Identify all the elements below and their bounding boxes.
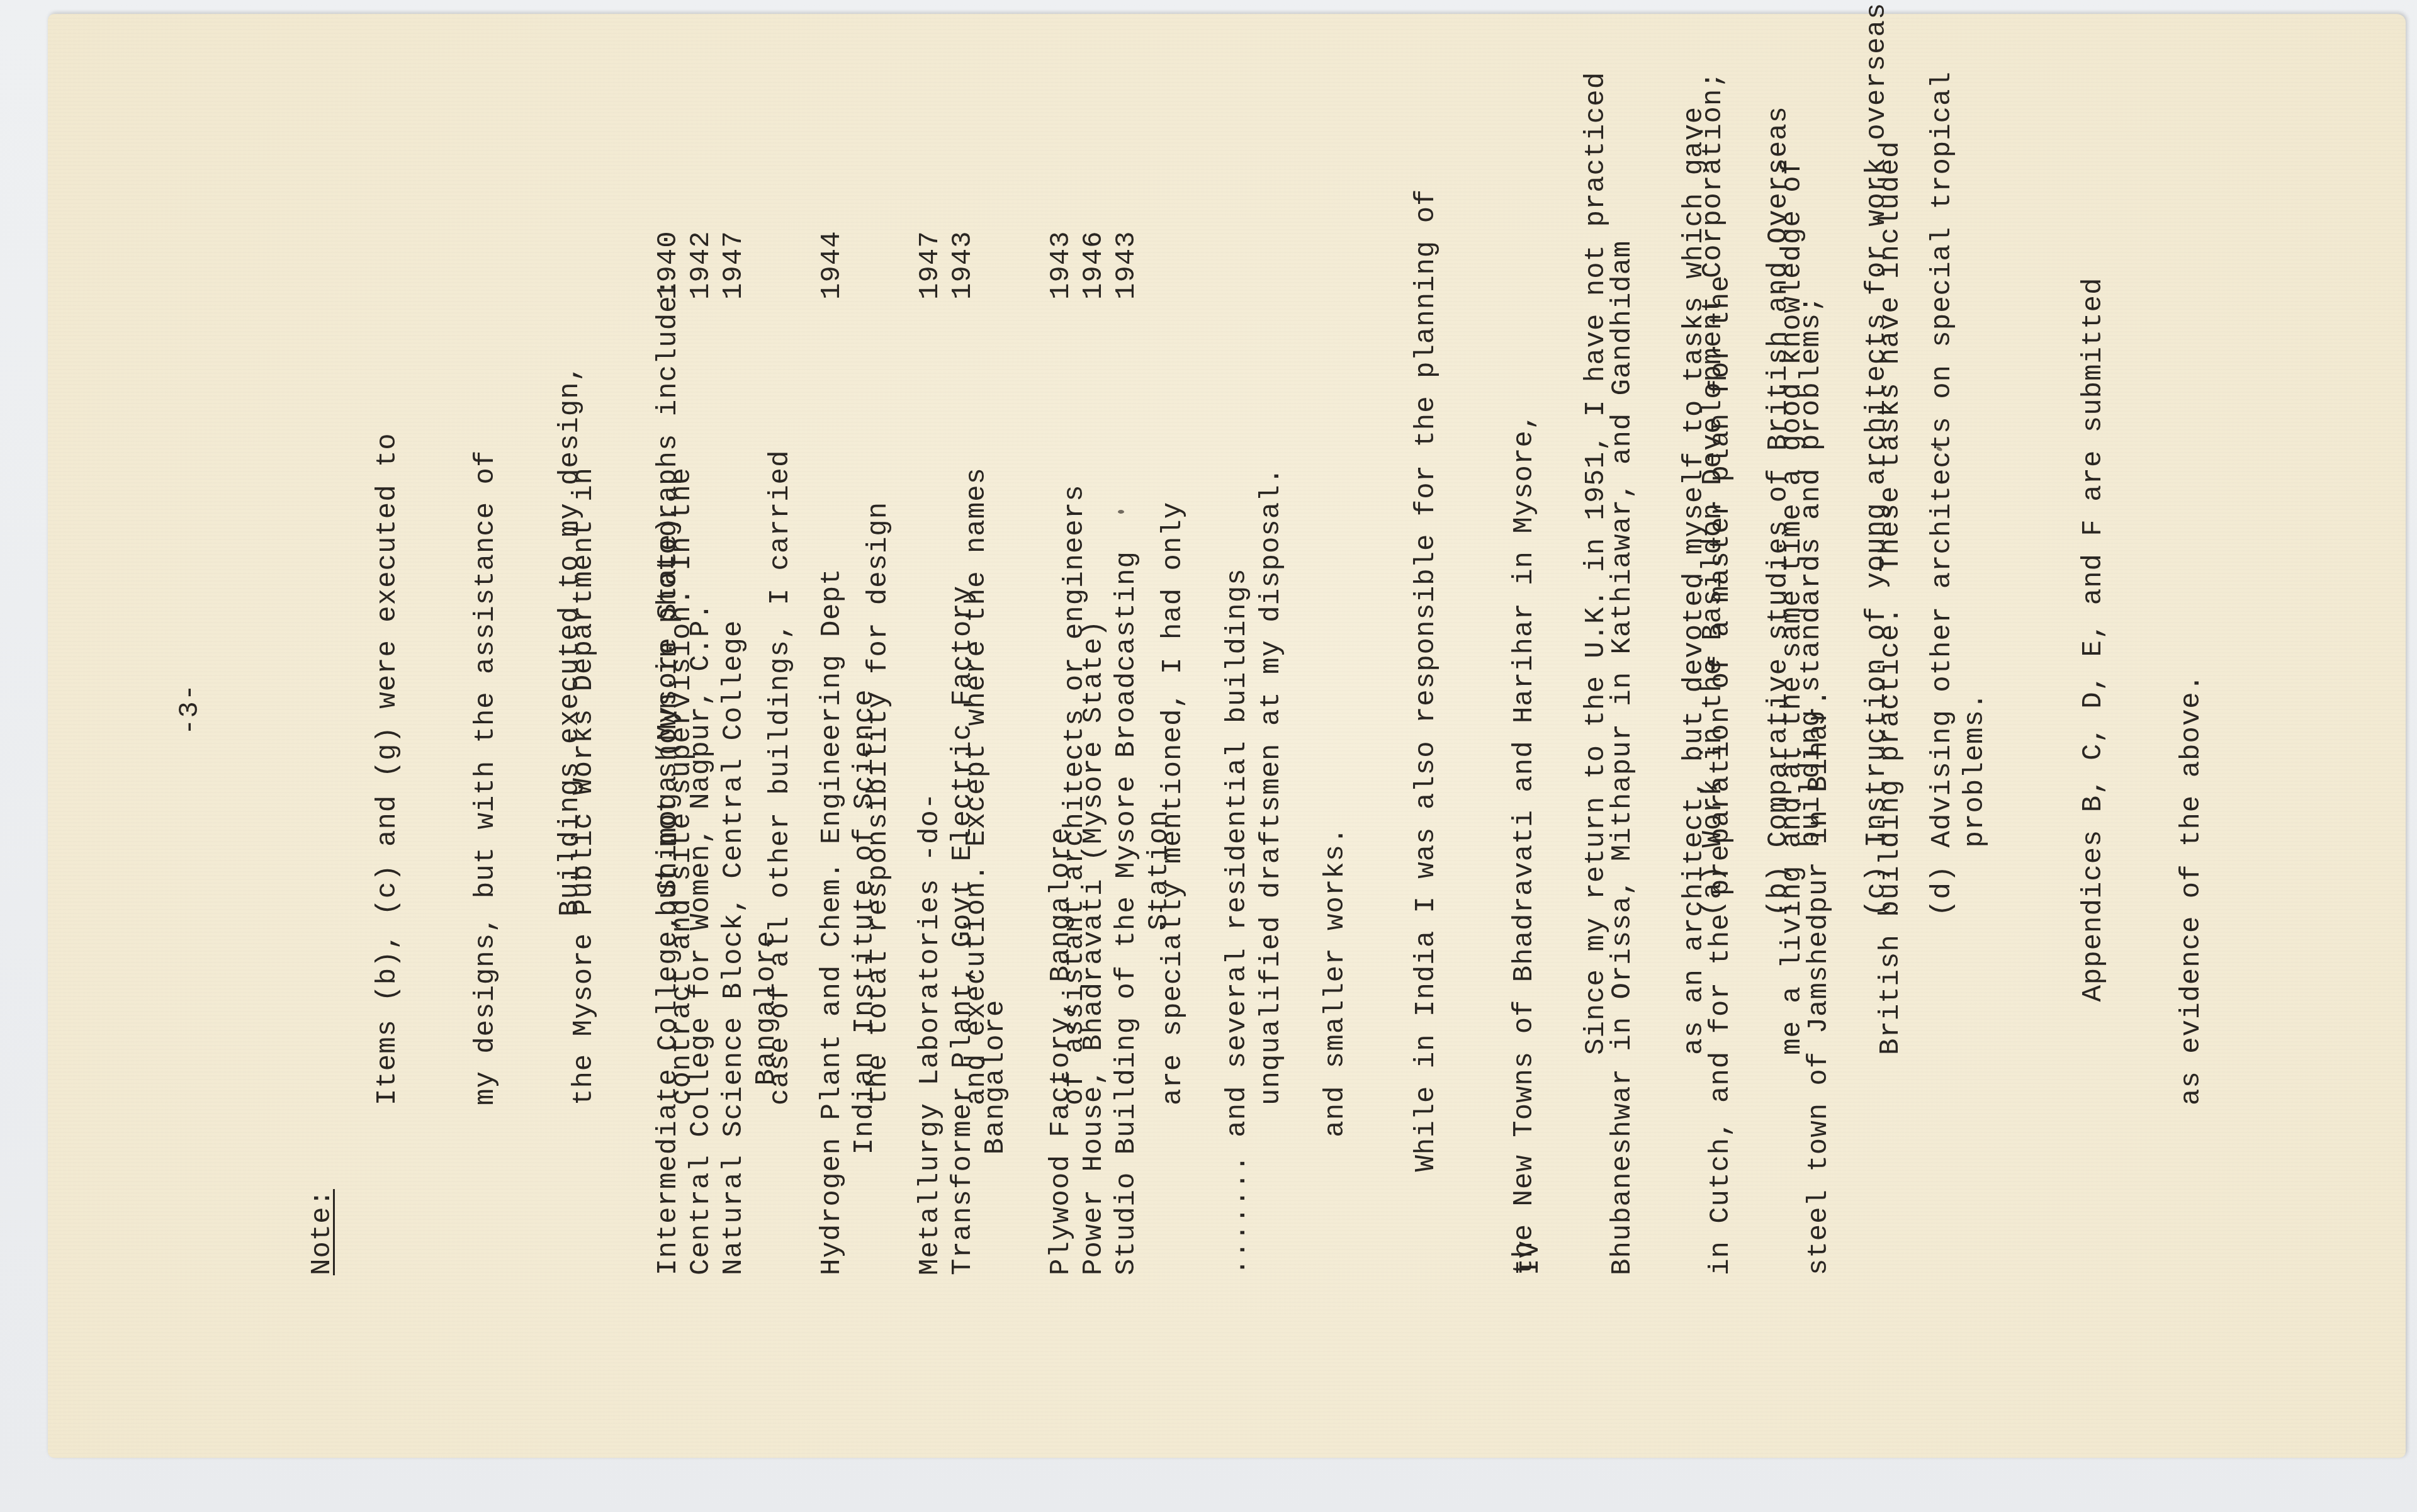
building-year: 1943 xyxy=(947,230,979,300)
building-row: Natural Science Block, Central College19… xyxy=(718,142,750,1275)
note-line: Items (b), (c) and (g) were executed to xyxy=(371,432,404,1105)
buildings-list: Intermediate College, Shimoga (Mysore St… xyxy=(652,142,1176,1275)
building-name: Bangalore xyxy=(750,930,783,1275)
building-year: 1947 xyxy=(914,230,947,300)
building-name: Plywood Factory, Bangalore xyxy=(1045,827,1078,1275)
building-row: Intermediate College, Shimoga (Mysore St… xyxy=(652,142,685,1275)
section-numeral: IV xyxy=(1514,1241,1547,1275)
building-row: Plywood Factory, Bangalore1943 xyxy=(1045,142,1078,1275)
building-row: Indian Institute of Science xyxy=(848,142,881,1275)
building-year: 1943 xyxy=(1045,230,1078,300)
page-number: -3- xyxy=(174,684,206,735)
building-name: Natural Science Block, Central College xyxy=(718,620,750,1275)
building-name: Studio Building of the Mysore Broadcasti… xyxy=(1110,551,1143,1275)
building-row: Bangalore xyxy=(750,142,783,1275)
building-name: Indian Institute of Science xyxy=(848,689,881,1275)
building-name: Transformer Plant, Govt Electric Factory xyxy=(947,585,979,1275)
ink-speck xyxy=(1118,510,1124,514)
building-name: Power House, Bhadravati (Mysore State) xyxy=(1078,620,1110,1275)
page-content: -3- Note: Items (b), (c) and (g) were ex… xyxy=(48,14,2406,1458)
list-spacer xyxy=(881,142,914,1275)
typed-page: -3- Note: Items (b), (c) and (g) were ex… xyxy=(48,14,2406,1458)
building-year: 1943 xyxy=(1110,230,1143,300)
task-item-line: problems. xyxy=(1959,0,1992,917)
building-row: Power House, Bhadravati (Mysore State)19… xyxy=(1078,142,1110,1275)
building-row: Studio Building of the Mysore Broadcasti… xyxy=(1110,142,1143,1275)
building-name: Metallurgy Laboratories -do- xyxy=(914,793,947,1275)
appendices-note: Appendices B, C, D, E, and F are submitt… xyxy=(2012,278,2273,1105)
building-year: 1947 xyxy=(718,230,750,300)
tasks-list: (a) Work in the Basildon Development Cor… xyxy=(1697,0,1992,917)
building-name: Hydrogen Plant and Chem. Engineering Dep… xyxy=(816,568,848,1275)
task-item-line: (b) Comparative studies of British and O… xyxy=(1762,0,1795,917)
building-row: Metallurgy Laboratories -do-1947 xyxy=(914,142,947,1275)
building-row: Central College for Women, Nagpur, C.P.1… xyxy=(685,142,718,1275)
task-item-line: (d) Advising other architects on special… xyxy=(1926,0,1959,917)
task-item-line: (a) Work in the Basildon Development Cor… xyxy=(1697,0,1730,917)
building-row: Hydrogen Plant and Chem. Engineering Dep… xyxy=(816,142,848,1275)
residential-line: ....... and several residential building… xyxy=(1221,568,1254,1275)
paragraph-line: While in India I was also responsible fo… xyxy=(1410,189,1443,1275)
note-label: Note: xyxy=(306,1189,339,1275)
building-year: 1942 xyxy=(685,230,718,300)
building-name: Intermediate College, Shimoga (Mysore St… xyxy=(652,516,685,1275)
appendices-line: as evidence of the above. xyxy=(2175,278,2208,1105)
building-row: Bangalore xyxy=(979,142,1012,1275)
list-spacer xyxy=(1893,0,1926,917)
building-year: 1946 xyxy=(1078,230,1110,300)
building-year: 1940 xyxy=(652,230,685,300)
list-spacer xyxy=(783,142,816,1275)
appendices-line: Appendices B, C, D, E, and F are submitt… xyxy=(2077,278,2110,1105)
building-row: Transformer Plant, Govt Electric Factory… xyxy=(947,142,979,1275)
task-item-line: (c) Instruction of young architects for … xyxy=(1861,0,1893,917)
task-item-line: building standards and problems; xyxy=(1795,0,1828,917)
list-spacer xyxy=(1012,142,1045,1275)
building-name: Central College for Women, Nagpur, C.P. xyxy=(685,602,718,1275)
intro-line: Buildings executed to my design, xyxy=(554,278,587,917)
paragraph-line: Since my return to the U.K. in 1951, I h… xyxy=(1580,72,1613,1055)
building-year: 1944 xyxy=(816,230,848,300)
list-spacer xyxy=(1730,0,1762,917)
building-name: Bangalore xyxy=(979,1000,1012,1275)
list-spacer xyxy=(1828,0,1861,917)
